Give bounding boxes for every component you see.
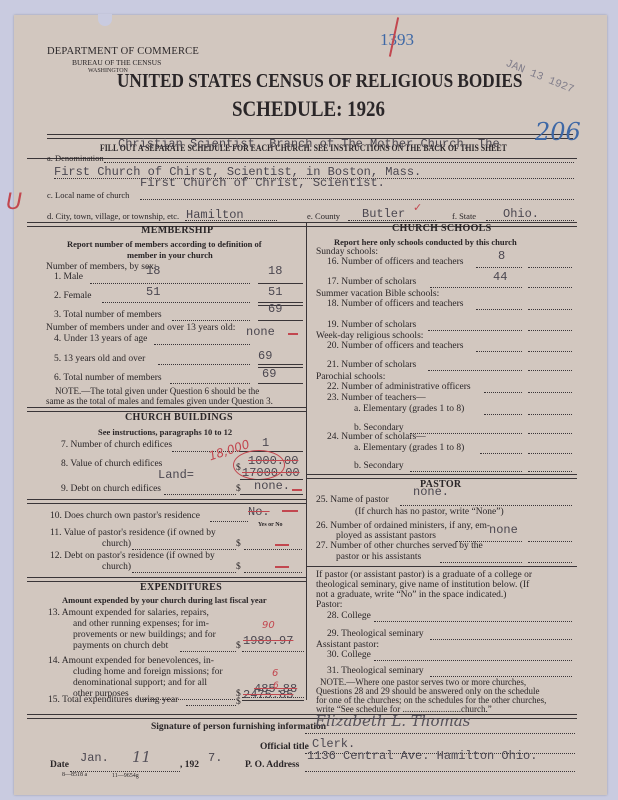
expenditures-heading: EXPENDITURES — [140, 582, 222, 593]
pastor-name-hint: (If church has no pastor, write “None”) — [355, 507, 504, 517]
exp-13-line — [242, 651, 304, 652]
parochial-scholars-sec-dots — [410, 471, 522, 472]
county-check-icon: ✓ — [413, 201, 422, 214]
residence-debt-label: 12. Debt on pastor's residence (if owned… — [50, 551, 215, 561]
denomination-value-line1[interactable]: Christian Scientist. Branch of The Mothe… — [118, 137, 500, 151]
county-line — [348, 220, 436, 221]
pastor-seminary-label: 29. Theological seminary — [327, 629, 424, 639]
pastor-name-line — [400, 505, 572, 506]
sunday-officers-value[interactable]: 8 — [498, 249, 505, 263]
county-label: e. County — [307, 211, 340, 221]
total-members-underline — [258, 320, 303, 321]
graduate-note-1: If pastor (or assistant pastor) is a gra… — [316, 570, 532, 580]
date-label: Date — [50, 760, 69, 770]
pastor-sub-label: Pastor: — [316, 600, 342, 610]
column-divider — [306, 222, 307, 700]
male-underline — [258, 283, 303, 284]
red-dash-mark — [275, 566, 289, 568]
handwritten-code: 206 — [535, 118, 581, 146]
other-churches-label-2: pastor or his assistants — [336, 552, 421, 562]
13-and-over-value[interactable]: 69 — [258, 349, 272, 363]
local-name-line — [140, 199, 574, 200]
state-value[interactable]: Ohio. — [503, 207, 539, 221]
pastor-seminary-line[interactable] — [430, 639, 572, 640]
pastor-college-line[interactable] — [374, 621, 572, 622]
dollar-sign: $ — [236, 641, 241, 651]
exp-14-line-1: 14. Amount expended for benevolences, in… — [48, 656, 214, 666]
assistant-pastors-label-2: ployed as assistant pastors — [336, 531, 436, 541]
margin-mark: U — [6, 190, 22, 215]
city-field-label: d. City, town, village, or township, etc… — [47, 211, 179, 221]
female-value[interactable]: 51 — [268, 285, 282, 299]
land-annotation: Land= — [158, 468, 194, 482]
total-members-age-label: 6. Total number of members — [54, 373, 162, 383]
weekday-officers-label: 20. Number of officers and teachers — [327, 341, 463, 351]
church-schools-subheading: Report here only schools conducted by th… — [334, 237, 517, 247]
pastor-name-label: 25. Name of pastor — [316, 495, 389, 505]
signature-label: Signature of person furnishing informati… — [151, 722, 326, 732]
schedule-title: SCHEDULE: 1926 — [232, 96, 385, 122]
total-members-dots — [172, 320, 250, 321]
assistant-seminary-label: 31. Theological seminary — [327, 666, 424, 676]
total-members-age-value[interactable]: 69 — [262, 367, 276, 381]
exp-13-line-3: provements or new buildings; and for — [73, 630, 216, 640]
sunday-scholars-label: 17. Number of scholars — [327, 277, 416, 287]
assistant-pastors-value[interactable]: none — [489, 523, 518, 537]
edifices-count-label: 7. Number of church edifices — [61, 440, 172, 450]
summer-scholars-dots — [428, 330, 522, 331]
exp-15-label: 15. Total expenditures during year — [48, 695, 178, 705]
female-dots — [102, 302, 250, 303]
form-code-2: 11—9654g — [112, 773, 139, 779]
exp-13-dots — [180, 651, 236, 652]
parochial-admin-line[interactable] — [528, 392, 572, 393]
date-day[interactable]: 11 — [132, 748, 151, 766]
sunday-scholars-dots — [430, 287, 522, 288]
buildings-rule — [27, 499, 306, 504]
edifices-debt-label: 9. Debt on church edifices — [61, 484, 161, 494]
red-circle-mark — [233, 450, 285, 480]
dollar-sign: $ — [236, 539, 241, 549]
exp-13-line-4: payments on church debt — [73, 641, 168, 651]
local-name-label: c. Local name of church — [47, 190, 129, 200]
parochial-scholars-sec-line[interactable] — [528, 471, 572, 472]
date-month[interactable]: Jan. — [80, 751, 109, 765]
13-and-over-dots — [158, 364, 250, 365]
female-inline-value: 51 — [146, 285, 160, 299]
summer-scholars-line[interactable] — [528, 330, 572, 331]
parochial-teachers-sec-dots — [410, 433, 522, 434]
residence-value-dots — [132, 549, 236, 550]
male-inline-value: 18 — [146, 264, 160, 278]
owns-residence-label: 10. Does church own pastor's residence — [50, 511, 200, 521]
under-13-dots — [154, 344, 250, 345]
state-label: f. State — [452, 211, 476, 221]
other-churches-label: 27. Number of other churches served by t… — [316, 541, 483, 551]
state-line — [486, 220, 574, 221]
under-13-value[interactable]: none — [246, 325, 275, 339]
parochial-teachers-elem-line[interactable] — [528, 414, 572, 415]
assistant-college-line[interactable] — [374, 660, 572, 661]
serial-number: 1393 — [380, 30, 414, 50]
parochial-scholars-label: 24. Number of scholars— — [327, 432, 426, 442]
total-members-age-underline — [258, 383, 303, 384]
exp-14-line-2: cluding home and foreign missions; for — [73, 667, 223, 677]
residence-debt-line — [244, 572, 302, 573]
signature-line — [305, 733, 575, 734]
county-value[interactable]: Butler — [362, 207, 405, 221]
local-name-value[interactable]: First Church of Christ, Scientist. — [140, 176, 385, 190]
pastor-college-label: 28. College — [327, 611, 371, 621]
date-year-suffix[interactable]: 7. — [208, 751, 222, 765]
parochial-admin-label: 22. Number of administrative officers — [327, 382, 471, 392]
assistant-pastors-line — [528, 541, 572, 542]
membership-subheading-1: Report number of members according to de… — [67, 239, 262, 249]
residence-debt-dots — [132, 572, 236, 573]
sunday-officers-label: 16. Number of officers and teachers — [327, 257, 463, 267]
summer-officers-dots — [476, 309, 522, 310]
date-year-prefix: , 192 — [180, 760, 199, 770]
members-by-sex-label: Number of members, by sex: — [46, 262, 157, 272]
weekday-scholars-dots — [428, 370, 522, 371]
signature-value[interactable]: Elizabeth L. Thomas — [315, 712, 470, 730]
under-13-label: 4. Under 13 years of age — [54, 334, 147, 344]
other-churches-dots — [440, 562, 522, 563]
summer-schools-label: Summer vacation Bible schools: — [316, 289, 439, 299]
parochial-admin-dots — [484, 392, 522, 393]
summer-officers-line[interactable] — [528, 309, 572, 310]
form-title: UNITED STATES CENSUS OF RELIGIOUS BODIES — [117, 70, 522, 93]
expenditures-subheading: Amount expended by your church during la… — [62, 595, 267, 605]
identification-rule — [27, 222, 577, 227]
total-members-label: 3. Total number of members — [54, 310, 162, 320]
parochial-schools-label: Parochial schools: — [316, 372, 385, 382]
parochial-teachers-label: 23. Number of teachers— — [327, 393, 426, 403]
city-line — [185, 220, 277, 221]
edifices-debt-value[interactable]: none. — [254, 479, 290, 493]
residence-value-line — [244, 549, 302, 550]
parochial-scholars-elem-label: a. Elementary (grades 1 to 8) — [354, 443, 464, 453]
address-line — [305, 771, 575, 772]
sunday-officers-dots — [476, 267, 522, 268]
parochial-teachers-elem-label: a. Elementary (grades 1 to 8) — [354, 404, 464, 414]
dollar-sign: $ — [236, 562, 241, 572]
exp-14-correction: 6 — [272, 668, 278, 679]
edifices-count-value[interactable]: 1 — [262, 436, 269, 450]
residence-value-label: 11. Value of pastor's residence (if owne… — [50, 528, 216, 538]
parochial-teachers-elem-dots — [484, 414, 522, 415]
church-buildings-heading: CHURCH BUILDINGS — [125, 412, 233, 423]
exp-13-correction: 90 — [262, 620, 275, 631]
parochial-scholars-elem-line[interactable] — [528, 453, 572, 454]
sunday-schools-label: Sunday schools: — [316, 247, 378, 257]
dollar-sign: $ — [236, 697, 241, 707]
sunday-officers-line — [528, 267, 572, 268]
pastor-rule — [306, 566, 577, 567]
form-code-1: 8—8518 a — [62, 772, 87, 778]
residence-value-label-2: church) — [102, 539, 131, 549]
graduate-note-3: not a graduate, write “No” in the space … — [316, 590, 506, 600]
weekday-schools-label: Week-day religious schools: — [316, 331, 423, 341]
exp-13-value[interactable]: 1989.97 — [243, 634, 293, 648]
13-and-over-underline — [258, 364, 303, 365]
address-value[interactable]: 1136 Central Ave. Hamilton Ohio. — [307, 749, 537, 763]
red-dash-mark — [288, 333, 298, 335]
edifices-debt-underline — [240, 494, 303, 495]
sunday-scholars-line — [528, 287, 572, 288]
male-label: 1. Male — [54, 272, 83, 282]
other-churches-line[interactable] — [528, 562, 572, 563]
exp-13-line-1: 13. Amount expended for salaries, repair… — [48, 608, 209, 618]
footer-rule — [27, 714, 577, 719]
membership-heading: MEMBERSHIP — [141, 225, 213, 236]
pastor-name-value[interactable]: none. — [413, 485, 449, 499]
exp-13-line-2: and other running expenses; for im- — [73, 619, 209, 629]
exp-14-line-3: denominational support; and for all — [73, 678, 207, 688]
red-dash-mark — [292, 489, 302, 491]
graduate-note-2: theological seminary, give name of insti… — [316, 580, 529, 590]
denomination-label: a. Denomination — [47, 153, 104, 163]
male-value[interactable]: 18 — [268, 264, 282, 278]
weekday-officers-line[interactable] — [528, 351, 572, 352]
exp-15-correction: 6 — [273, 681, 279, 691]
parochial-scholars-elem-dots — [480, 453, 522, 454]
church-buildings-subheading: See instructions, paragraphs 10 to 12 — [98, 427, 232, 437]
bureau-label: BUREAU OF THE CENSUS — [72, 58, 161, 67]
sunday-scholars-value[interactable]: 44 — [493, 270, 507, 284]
female-label: 2. Female — [54, 291, 91, 301]
male-dots — [90, 283, 250, 284]
exp-15-dots — [186, 705, 236, 706]
parochial-scholars-sec-label: b. Secondary — [354, 461, 404, 471]
owns-residence-dots — [210, 521, 248, 522]
official-title-label: Official title — [260, 742, 309, 752]
total-members-value[interactable]: 69 — [268, 302, 282, 316]
assistant-college-label: 30. College — [327, 650, 371, 660]
weekday-officers-dots — [476, 351, 522, 352]
membership-note-2: same as the total of males and females g… — [46, 396, 273, 406]
membership-subheading-2: member in your church — [127, 250, 213, 260]
total-members-age-dots — [170, 383, 250, 384]
summer-scholars-label: 19. Number of scholars — [327, 320, 416, 330]
weekday-scholars-label: 21. Number of scholars — [327, 360, 416, 370]
address-label: P. O. Address — [245, 760, 299, 770]
weekday-scholars-line[interactable] — [528, 370, 572, 371]
assistant-pastors-label: 26. Number of ordained ministers, if any… — [316, 521, 490, 531]
parochial-teachers-sec-line[interactable] — [528, 433, 572, 434]
instruction-rule — [27, 158, 577, 159]
exp-15-value[interactable]: 2475.85 — [243, 688, 293, 702]
red-dash-mark — [275, 544, 289, 546]
summer-officers-label: 18. Number of officers and teachers — [327, 299, 463, 309]
owns-residence-value[interactable]: No. — [248, 505, 270, 519]
edifices-debt-dots — [164, 494, 236, 495]
members-by-age-label: Number of members under and over 13 year… — [46, 323, 235, 333]
13-and-over-label: 5. 13 years old and over — [54, 354, 145, 364]
red-dash-mark — [282, 510, 298, 512]
residence-debt-label-2: church) — [102, 562, 131, 572]
yes-or-no-hint: Yes or No — [258, 522, 283, 528]
denomination-line — [104, 162, 574, 163]
department-label: DEPARTMENT OF COMMERCE — [47, 46, 199, 57]
edifices-value-label: 8. Value of church edifices — [61, 459, 162, 469]
dollar-sign: $ — [236, 484, 241, 494]
assistant-sub-label: Assistant pastor: — [316, 640, 379, 650]
church-schools-heading: CHURCH SCHOOLS — [392, 223, 492, 234]
membership-note-1: NOTE.—The total given under Question 6 s… — [55, 386, 259, 396]
